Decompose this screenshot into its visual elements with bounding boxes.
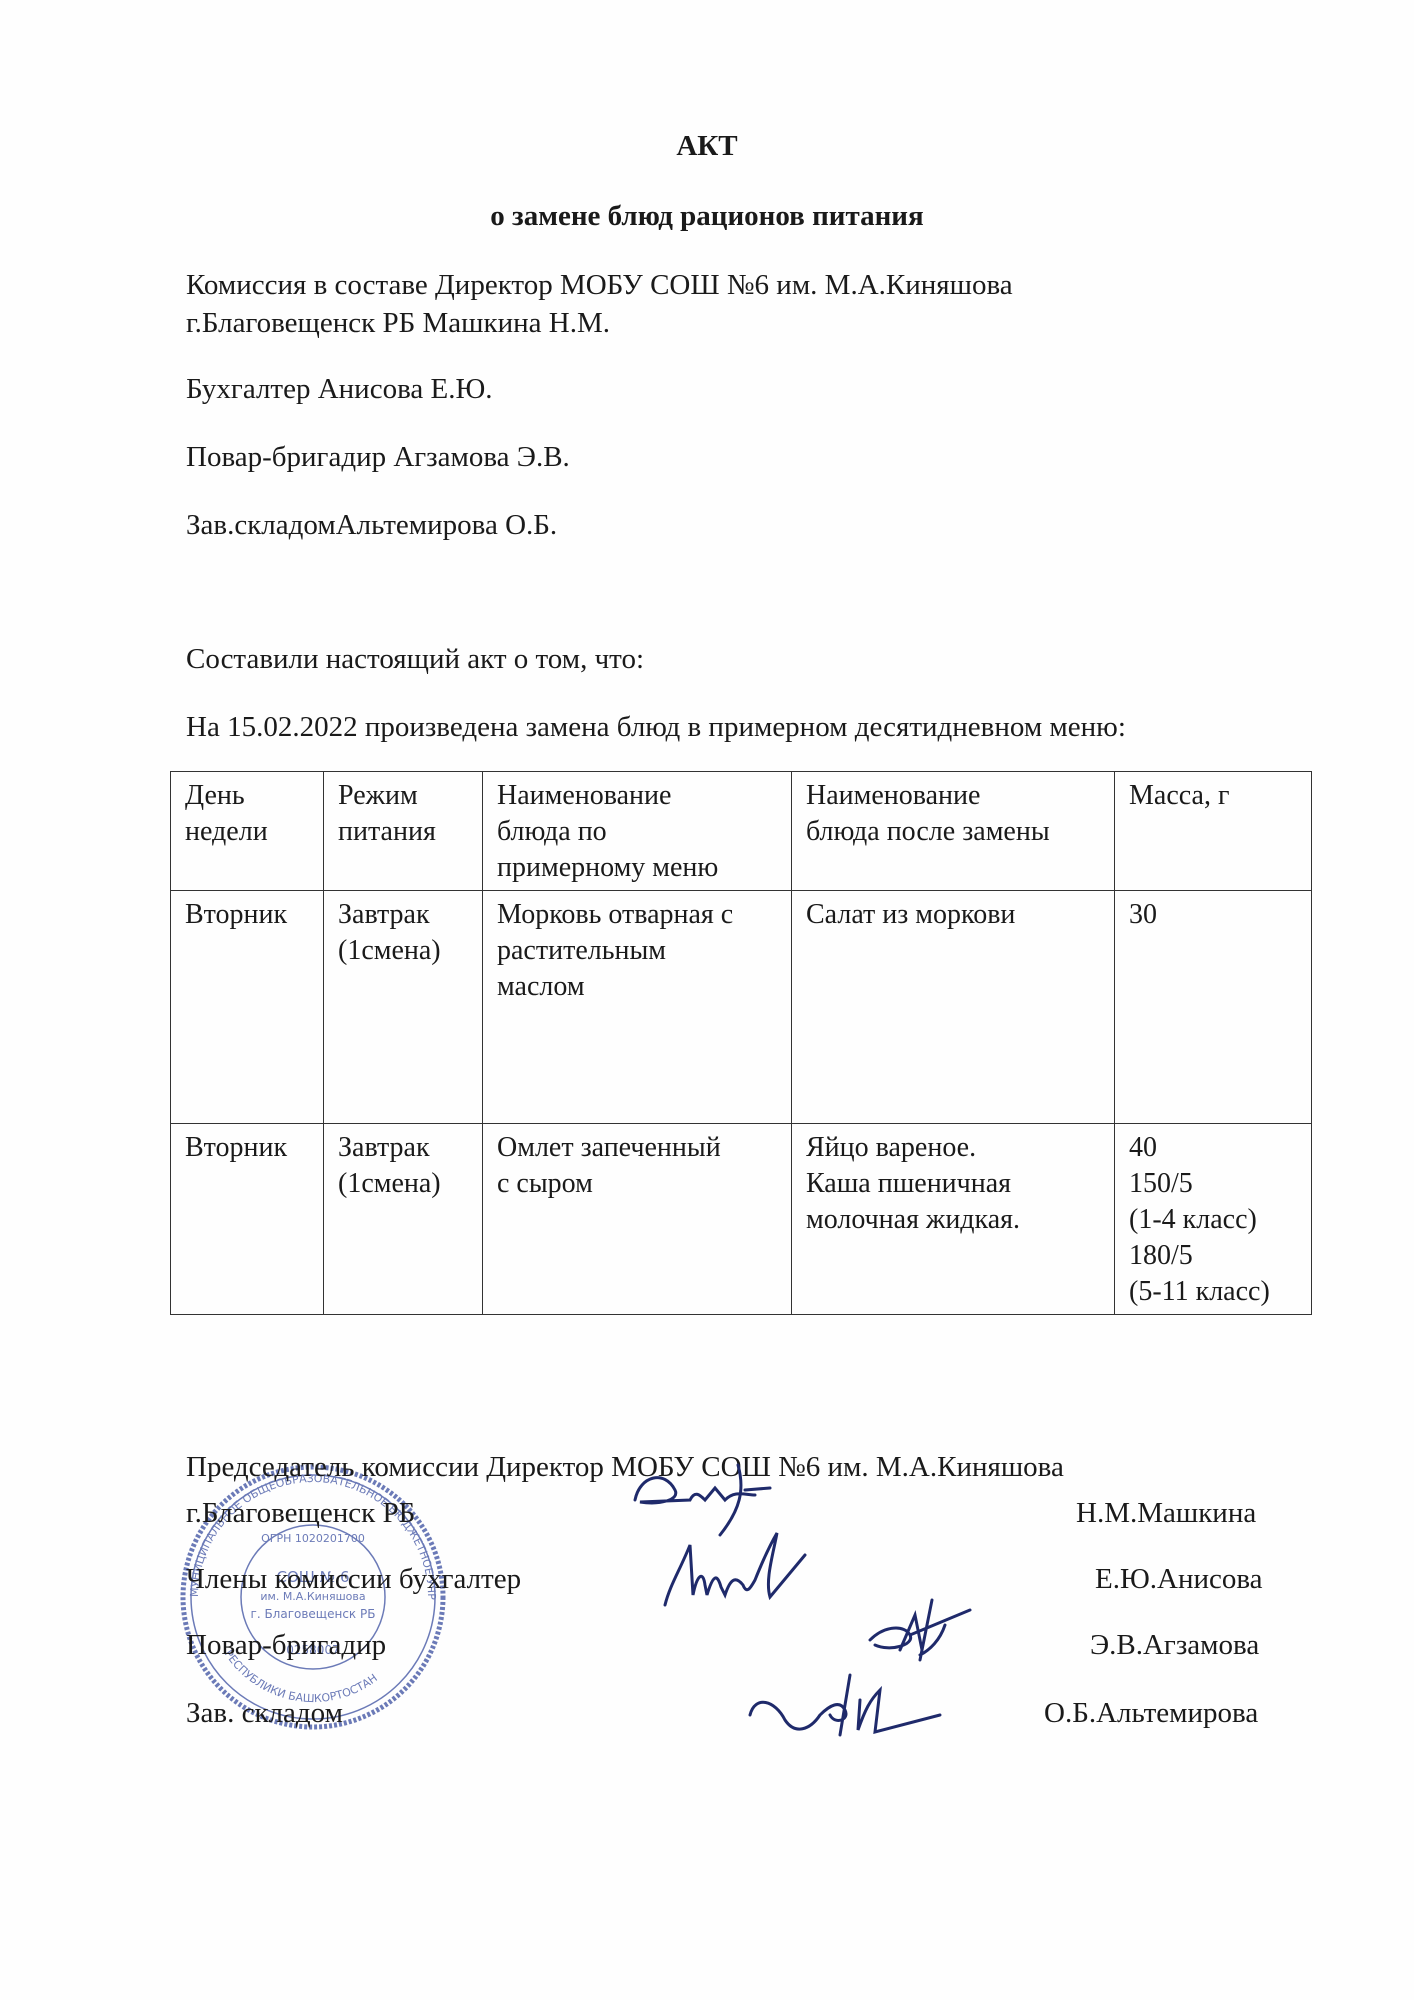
chair-line-2: г.Благовещенск РБ (186, 1496, 415, 1530)
document-title: АКТ (0, 130, 1414, 163)
table-row: Вторник Завтрак (1смена) Морковь отварна… (171, 891, 1312, 1124)
cell-day: Вторник (171, 1124, 324, 1315)
cell-original-dish: Морковь отварная с растительным маслом (483, 891, 792, 1124)
statement-detail: На 15.02.2022 произведена замена блюд в … (186, 710, 1126, 744)
storekeeper-label: Зав. складом (186, 1696, 343, 1730)
svg-text:г. Благовещенск РБ: г. Благовещенск РБ (251, 1607, 376, 1621)
table-header-row: День недели Режим питания Наименование б… (171, 772, 1312, 891)
table-row: Вторник Завтрак (1смена) Омлет запеченны… (171, 1124, 1312, 1315)
commission-accountant: Бухгалтер Анисова Е.Ю. (186, 372, 493, 406)
cell-meal: Завтрак (1смена) (324, 891, 483, 1124)
chef-name: Э.В.Агзамова (1090, 1628, 1259, 1662)
cell-original-dish: Омлет запеченный с сыром (483, 1124, 792, 1315)
commission-chef: Повар-бригадир Агзамова Э.В. (186, 440, 570, 474)
header-day: День недели (171, 772, 324, 891)
header-replacement-dish: Наименование блюда после замены (792, 772, 1115, 891)
svg-text:ОГРН 1020201700: ОГРН 1020201700 (261, 1532, 365, 1545)
member-name: Е.Ю.Анисова (1095, 1562, 1263, 1596)
statement-intro: Составили настоящий акт о том, что: (186, 642, 644, 676)
menu-replacement-table: День недели Режим питания Наименование б… (170, 771, 1312, 1315)
chair-name: Н.М.Машкина (1076, 1496, 1256, 1530)
accountant-signature-icon (655, 1525, 815, 1615)
cell-meal: Завтрак (1смена) (324, 1124, 483, 1315)
document-subtitle: о замене блюд рационов питания (0, 200, 1414, 233)
cell-mass: 40 150/5 (1-4 класс) 180/5 (5-11 класс) (1115, 1124, 1312, 1315)
commission-storekeeper: Зав.складомАльтемирова О.Б. (186, 508, 557, 542)
header-mass: Масса, г (1115, 772, 1312, 891)
storekeeper-signature-icon (740, 1660, 960, 1750)
chef-signature-icon (860, 1590, 990, 1670)
cell-replacement-dish: Яйцо вареное. Каша пшеничная молочная жи… (792, 1124, 1115, 1315)
member-label: Члены комиссии бухгалтер (186, 1562, 521, 1596)
header-meal: Режим питания (324, 772, 483, 891)
cell-mass: 30 (1115, 891, 1312, 1124)
header-original-dish: Наименование блюда по примерному меню (483, 772, 792, 891)
document-page: АКТ о замене блюд рационов питания Комис… (0, 0, 1414, 2000)
chef-label: Повар-бригадир (186, 1628, 386, 1662)
commission-line-2: г.Благовещенск РБ Машкина Н.М. (186, 306, 610, 340)
cell-replacement-dish: Салат из моркови (792, 891, 1115, 1124)
cell-day: Вторник (171, 891, 324, 1124)
commission-line-1: Комиссия в составе Директор МОБУ СОШ №6 … (186, 268, 1013, 302)
storekeeper-name: О.Б.Альтемирова (1044, 1696, 1258, 1730)
